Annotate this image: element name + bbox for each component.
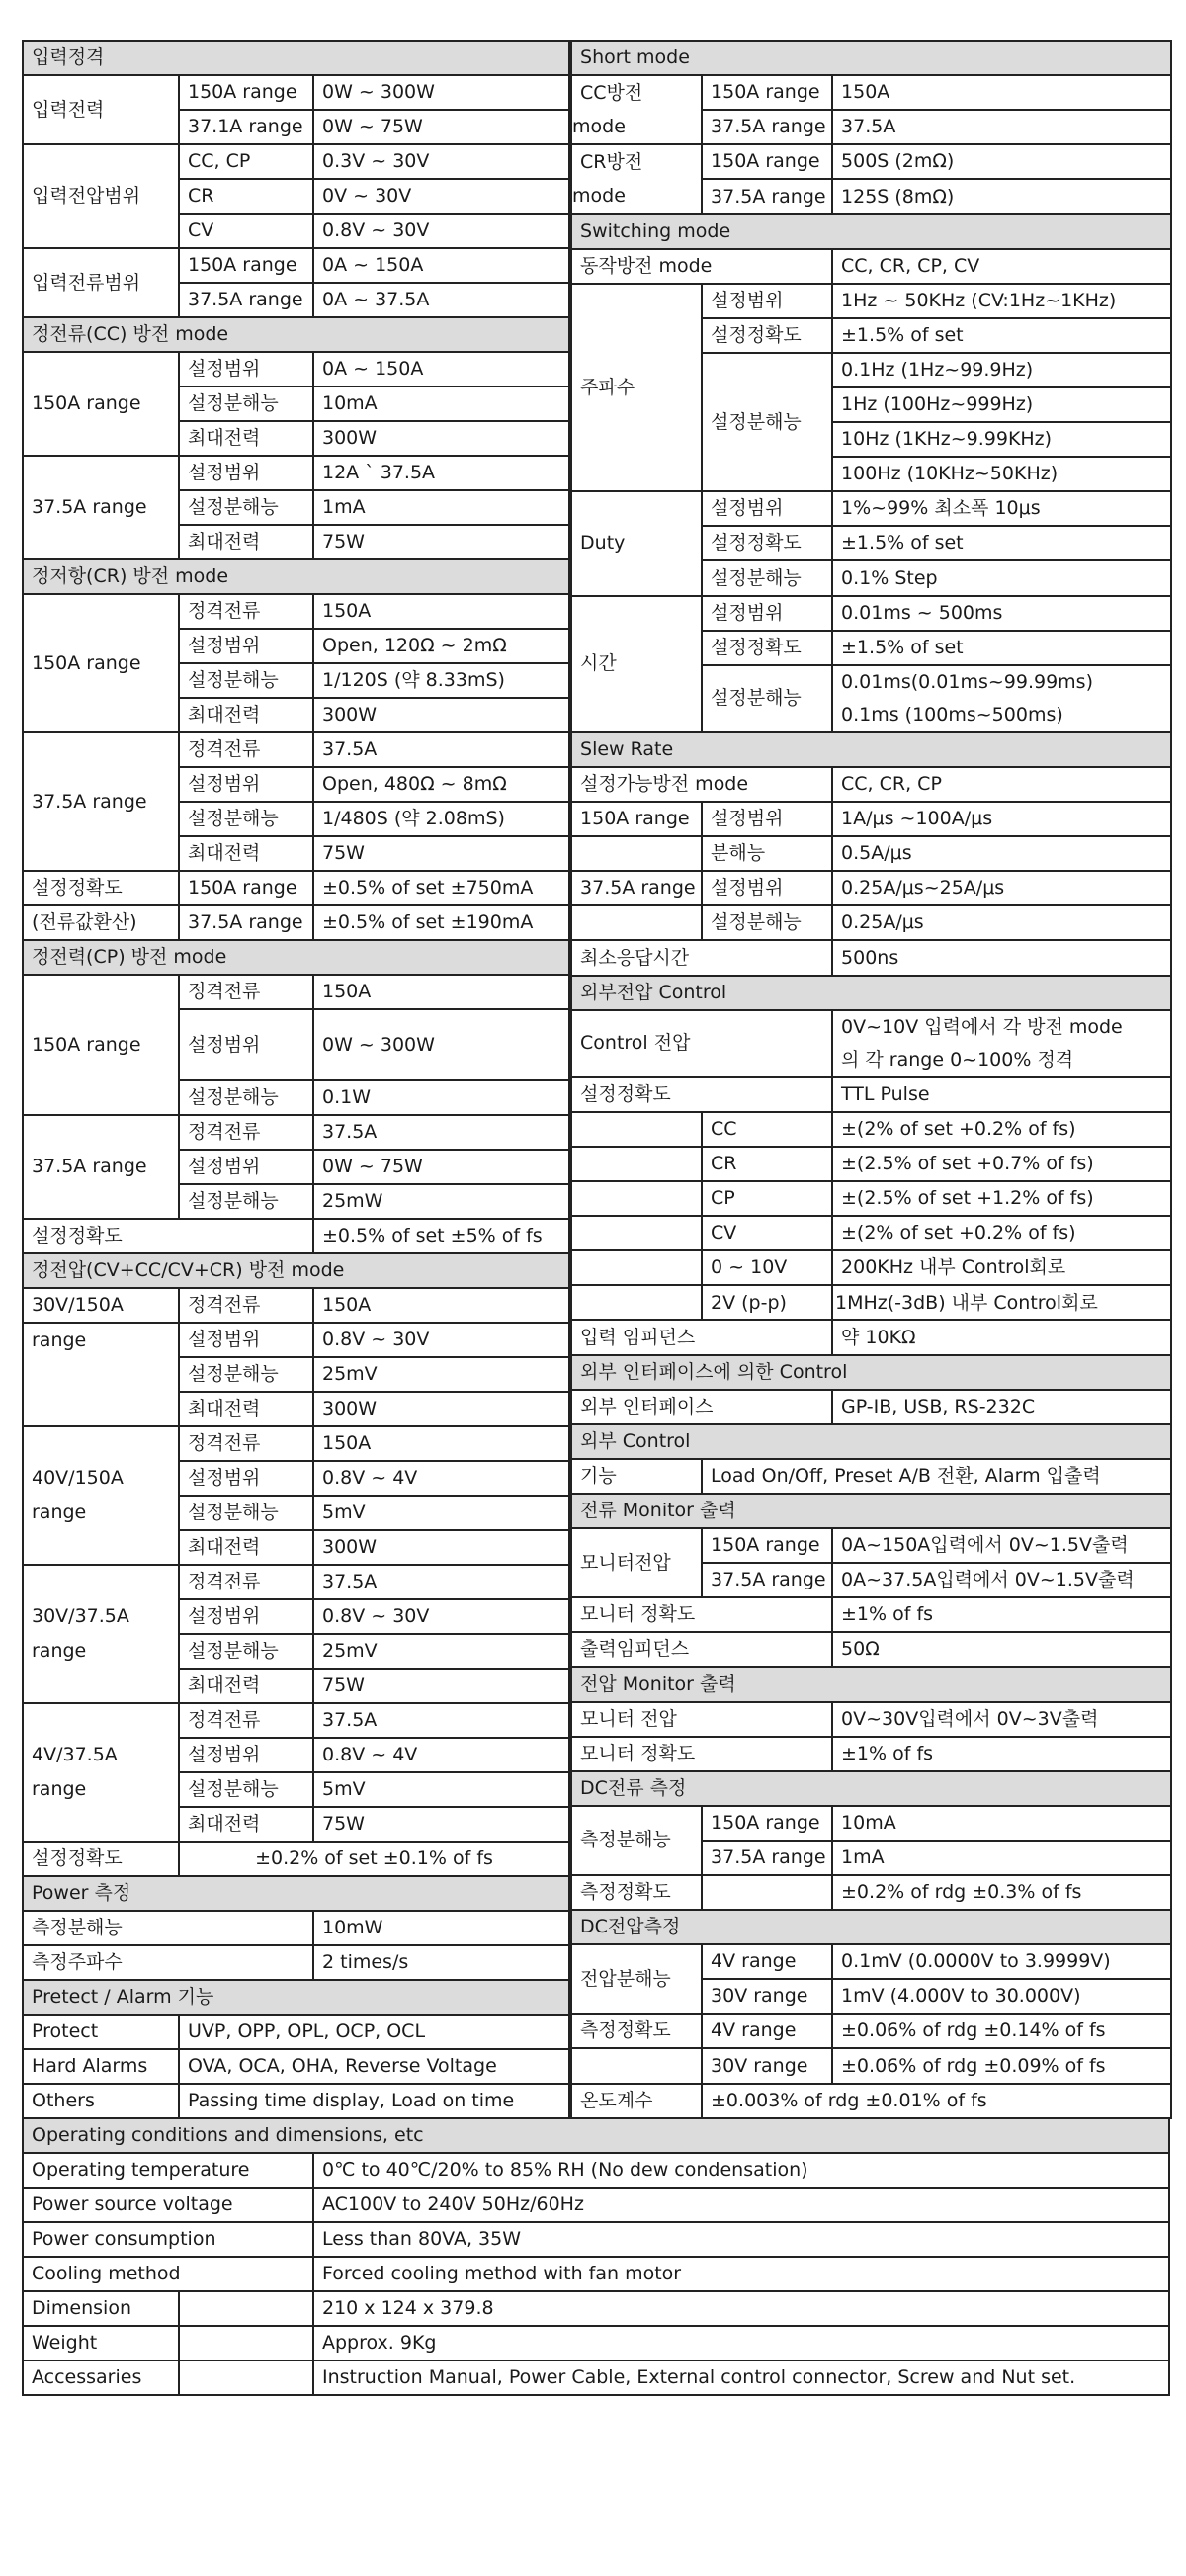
spec-value: 2 times/s [313,1945,569,1980]
cp-37a-label: 37.5A range [23,1115,179,1219]
spec-value: 50Ω [832,1632,1171,1667]
range-label: 150A range [702,144,832,179]
spec-value: 37.5A [832,110,1171,144]
spec-value: 12A ` 37.5A [313,456,569,490]
spec-table-left: 입력정격 입력전력150A range0W ~ 300W 37.1A range… [22,40,570,2119]
param-label: CC [702,1112,832,1147]
spec-value: 25mW [313,1184,569,1219]
param-label: 측정분해능 [571,1806,702,1875]
spec-value: ±0.2% of rdg ±0.3% of fs [832,1875,1171,1910]
param-label: 정격전류 [179,1565,313,1599]
freq-label: 주파수 [571,284,702,492]
cv-group-label-line1: 40V/150A [23,1461,179,1496]
section-header-switching: Switching mode [571,214,1171,248]
empty-cell [571,1285,702,1320]
spec-value: 0.3V ~ 30V [313,144,569,179]
spec-value: 0W ~ 300W [313,1009,569,1080]
spec-value: Approx. 9Kg [313,2326,1169,2361]
spec-value: AC100V to 240V 50Hz/60Hz [313,2188,1169,2222]
spec-value: 0.1Hz (1Hz~99.9Hz) [832,353,1171,387]
spec-value: Less than 80VA, 35W [313,2222,1169,2257]
spec-value: 0.1ms (100ms~500ms) [832,699,1171,732]
param-label: CV [702,1216,832,1250]
range-label: 37.5A range [179,905,313,940]
input-power-label: 입력전력 [23,75,179,144]
spec-value: 1%~99% 최소폭 10μs [832,491,1171,526]
param-label: 온도계수 [571,2084,702,2118]
param-label: 설정분해능 [179,1496,313,1530]
spec-value: 1A/μs ~100A/μs [832,802,1171,836]
spec-value: 10mA [313,386,569,421]
cv-group-label-spacer [23,1703,179,1738]
param-label: 정격전류 [179,1115,313,1150]
spec-value: 150A [313,1288,569,1323]
range-label: 4V range [702,2014,832,2048]
param-label: Operating temperature [23,2153,313,2188]
param-label: Power consumption [23,2222,313,2257]
spec-value: 37.5A [313,1565,569,1599]
spec-value: 약 10KΩ [832,1320,1171,1354]
param-label: 설정분해능 [702,905,832,940]
param-label: Others [23,2084,179,2118]
section-header-ext-voltage-control: 외부전압 Control [571,976,1171,1010]
spec-value: 1/480S (약 2.08mS) [313,802,569,836]
param-label: 측정정확도 [571,1875,702,1910]
range-label: 4V range [702,1944,832,1979]
range-label: 150A range [179,75,313,110]
spec-value: 1/120S (약 8.33mS) [313,663,569,698]
param-label: 설정범위 [702,802,832,836]
param-label: 입력 임피던스 [571,1320,832,1354]
param-label: 설정분해능 [179,1080,313,1115]
section-header-short-mode: Short mode [571,41,1171,75]
spec-value: Open, 480Ω ~ 8mΩ [313,767,569,802]
spec-value: 5mV [313,1496,569,1530]
spec-value: 0.8V ~ 30V [313,214,569,248]
range-label: 37.1A range [179,110,313,144]
spec-value: ±(2% of set +0.2% of fs) [832,1112,1171,1147]
param-label: 설정정확도 [571,1077,832,1112]
spec-value: 0.1W [313,1080,569,1115]
cr-accuracy-label-line2: (전류값환산) [23,905,179,940]
spec-value: 300W [313,1392,569,1426]
spec-value: 0A ~ 150A [313,248,569,283]
range-label: 37.5A range [702,1563,832,1597]
cp-150a-label: 150A range [23,975,179,1115]
param-label: Hard Alarms [23,2049,179,2084]
param-label: Protect [23,2015,179,2049]
param-label: 설정범위 [702,491,832,526]
duty-label: Duty [571,491,702,595]
param-label: 최소응답시간 [571,940,832,975]
spec-value: 37.5A [313,1115,569,1150]
param-label: Accessaries [23,2361,179,2395]
section-header-operating-conditions: Operating conditions and dimensions, etc [23,2118,1169,2153]
spec-value: 0.8V ~ 30V [313,1599,569,1634]
spec-value: Forced cooling method with fan motor [313,2257,1169,2291]
param-label: 설정범위 [702,596,832,631]
cv-group-label-line2: range [23,1634,179,1669]
cv-accuracy-label: 설정정확도 [23,1842,179,1876]
spec-value: 5mV [313,1772,569,1807]
spec-value: ±(2.5% of set +1.2% of fs) [832,1181,1171,1216]
param-label: 설정분해능 [702,353,832,491]
spec-value: 300W [313,421,569,456]
param-label: 정격전류 [179,594,313,629]
param-label: 설정범위 [179,1009,313,1080]
param-label: 측정주파수 [23,1945,313,1980]
spec-value: 210 x 124 x 379.8 [313,2291,1169,2326]
short-cr-label-line1: CR방전 [571,144,702,179]
param-label: 설정분해능 [179,1357,313,1392]
param-label: 설정범위 [179,1150,313,1184]
spec-value: 1Hz (100Hz~999Hz) [832,387,1171,422]
param-label: 설정범위 [702,871,832,905]
cv-group-label-spacer [23,1530,179,1565]
spec-value: 0V ~ 30V [313,179,569,214]
spec-value: ±0.003% of rdg ±0.01% of fs [702,2084,1171,2118]
section-header-input-rating: 입력정격 [23,41,569,75]
spec-value: 75W [313,836,569,871]
empty-cell [179,2291,313,2326]
cv-group-label-spacer [23,1357,179,1426]
param-label: 최대전력 [179,1807,313,1842]
spec-sheet: 입력정격 입력전력150A range0W ~ 300W 37.1A range… [22,40,1168,2396]
param-label: Cooling method [23,2257,313,2291]
range-label: CV [179,214,313,248]
param-label: 설정정확도 [702,318,832,353]
section-header-current-monitor: 전류 Monitor 출력 [571,1494,1171,1528]
range-label: 37.5A range [571,871,702,905]
param-label: 출력임피던스 [571,1632,832,1667]
spec-value: 0W ~ 75W [313,1150,569,1184]
cv-group-label-spacer [23,1807,179,1842]
spec-value: CC, CR, CP [832,767,1171,802]
range-label: 150A range [702,75,832,110]
spec-value: ±1% of fs [832,1597,1171,1632]
param-label: 설정범위 [179,1738,313,1772]
short-cr-label-line2: mode [571,179,702,214]
short-cc-label-line1: CC방전 [571,75,702,110]
spec-value: 0.25A/μs~25A/μs [832,871,1171,905]
spec-value: 500S (2mΩ) [832,144,1171,179]
spec-value: 0A ~ 150A [313,352,569,386]
param-label: 모니터 정확도 [571,1737,832,1771]
range-label: 150A range [179,248,313,283]
spec-value: 150A [832,75,1171,110]
param-label: 설정분해능 [702,560,832,595]
spec-value: 10mA [832,1806,1171,1841]
cv-group-label-line2: range [23,1496,179,1530]
range-label: 150A range [702,1528,832,1563]
spec-value: 150A [313,1426,569,1461]
spec-value: 0.25A/μs [832,905,1171,940]
param-label: 정격전류 [179,975,313,1009]
spec-value: 150A [313,975,569,1009]
spec-value: 75W [313,525,569,559]
spec-table-right: Short mode CC방전150A range150A mode37.5A … [570,40,1172,2119]
section-header-cc-mode: 정전류(CC) 방전 mode [23,317,569,352]
range-label: CR [179,179,313,214]
param-label: 설정분해능 [179,1184,313,1219]
range-label [571,836,702,871]
param-label: 설정정확도 [702,631,832,665]
param-label: 최대전력 [179,525,313,559]
range-label: 37.5A range [702,1841,832,1875]
spec-value: ±0.5% of set ±5% of fs [313,1219,569,1253]
spec-value: ±(2.5% of set +0.7% of fs) [832,1147,1171,1181]
param-label: 최대전력 [179,421,313,456]
spec-value: CC, CR, CP, CV [832,249,1171,284]
spec-value: 0.5A/μs [832,836,1171,871]
cv-group-label-line1: 30V/150A [23,1288,179,1323]
section-header-cr-mode: 정저항(CR) 방전 mode [23,559,569,594]
range-label: 30V range [702,2048,832,2083]
param-label: 설정분해능 [179,663,313,698]
param-label: 설정범위 [179,1599,313,1634]
input-current-label: 입력전류범위 [23,248,179,317]
cv-group-label-line2: range [23,1772,179,1807]
param-label: 설정범위 [702,284,832,318]
empty-cell [702,1875,832,1910]
spec-value: 10mW [313,1911,569,1945]
param-label: CR [702,1147,832,1181]
spec-value: 0.1% Step [832,560,1171,595]
param-label: 전압분해능 [571,1944,702,2014]
spec-value: 0.8V ~ 4V [313,1461,569,1496]
range-label: 150A range [702,1806,832,1841]
empty-cell [571,1250,702,1285]
spec-value: ±0.5% of set ±190mA [313,905,569,940]
param-label: 설정분해능 [179,386,313,421]
spec-value: ±1.5% of set [832,318,1171,353]
cp-accuracy-label: 설정정확도 [23,1219,313,1253]
spec-value: UVP, OPP, OPL, OCP, OCL [179,2015,569,2049]
spec-value: 37.5A [313,1703,569,1738]
spec-value: 25mV [313,1357,569,1392]
param-label: 설정분해능 [702,665,832,732]
cr-accuracy-label-line1: 설정정확도 [23,871,179,905]
param-label: Control 전압 [571,1010,832,1077]
section-header-slew-rate: Slew Rate [571,732,1171,767]
spec-value: 0.8V ~ 4V [313,1738,569,1772]
param-label: 설정범위 [179,352,313,386]
spec-value: Open, 120Ω ~ 2mΩ [313,629,569,663]
input-voltage-label: 입력전압범위 [23,144,179,248]
range-label: 150A range [179,871,313,905]
param-label: 설정범위 [179,1323,313,1357]
param-label: 0 ~ 10V [702,1250,832,1285]
spec-value: Instruction Manual, Power Cable, Externa… [313,2361,1169,2395]
spec-value: GP-IB, USB, RS-232C [832,1390,1171,1424]
spec-value: 300W [313,1530,569,1565]
spec-value: 1mV (4.000V to 30.000V) [832,1979,1171,2014]
cv-group-label-spacer [23,1565,179,1599]
cv-group-label-line2: range [23,1323,179,1357]
param-label: 최대전력 [179,698,313,732]
spec-value: 0A~37.5A입력에서 0V~1.5V출력 [832,1563,1171,1597]
param-label: 설정분해능 [179,802,313,836]
spec-value: 75W [313,1807,569,1842]
param-label: 정격전류 [179,732,313,767]
cr-150a-label: 150A range [23,594,179,732]
param-label: 설정범위 [179,1461,313,1496]
section-header-cv-mode: 정전압(CV+CC/CV+CR) 방전 mode [23,1253,569,1288]
spec-value: 125S (8mΩ) [832,179,1171,214]
cc-150a-label: 150A range [23,352,179,456]
spec-value: 37.5A [313,732,569,767]
empty-cell [571,1112,702,1147]
param-label: Dimension [23,2291,179,2326]
range-label: 150A range [571,802,702,836]
spec-value: 10Hz (1KHz~9.99KHz) [832,422,1171,457]
empty-cell [571,1216,702,1250]
empty-cell [179,2361,313,2395]
spec-value: 300W [313,698,569,732]
param-label: 측정분해능 [23,1911,313,1945]
spec-value: 150A [313,594,569,629]
empty-cell [179,2326,313,2361]
spec-value: ±1% of fs [832,1737,1171,1771]
spec-value: 0.8V ~ 30V [313,1323,569,1357]
param-label: 외부 인터페이스 [571,1390,832,1424]
range-label [571,905,702,940]
spec-value: 0A~150A입력에서 0V~1.5V출력 [832,1528,1171,1563]
spec-value: Load On/Off, Preset A/B 전환, Alarm 입출력 [702,1459,1171,1494]
spec-value: 0W ~ 300W [313,75,569,110]
spec-value: ±1.5% of set [832,631,1171,665]
cv-group-label-line1: 30V/37.5A [23,1599,179,1634]
empty-cell [571,1147,702,1181]
spec-value: 200KHz 내부 Control회로 [832,1250,1171,1285]
param-label: 분해능 [702,836,832,871]
range-label: 30V range [702,1979,832,2014]
section-header-dc-voltage: DC전압측정 [571,1910,1171,1944]
spec-value: 1mA [313,490,569,525]
spec-value: 1mA [832,1841,1171,1875]
section-header-cp-mode: 정전력(CP) 방전 mode [23,940,569,975]
spec-value: ±0.5% of set ±750mA [313,871,569,905]
param-label: 측정정확도 [571,2014,702,2048]
param-label: 모니터 전압 [571,1702,832,1737]
cv-group-label-spacer [23,1426,179,1461]
spec-value: 1Hz ~ 50KHz (CV:1Hz~1KHz) [832,284,1171,318]
spec-value: 25mV [313,1634,569,1669]
param-label: CP [702,1181,832,1216]
param-label: 정격전류 [179,1288,313,1323]
spec-value: TTL Pulse [832,1077,1171,1112]
section-header-ext-control: 외부 Control [571,1424,1171,1459]
spec-value: ±0.06% of rdg ±0.09% of fs [832,2048,1171,2083]
spec-value: ±0.2% of set ±0.1% of fs [179,1842,569,1876]
param-label: 설정범위 [179,629,313,663]
short-cc-label-line2: mode [571,110,702,144]
param-label: 최대전력 [179,1530,313,1565]
section-header-power-measure: Power 측정 [23,1876,569,1911]
spec-value: 0℃ to 40℃/20% to 85% RH (No dew condensa… [313,2153,1169,2188]
param-label: 설정범위 [179,456,313,490]
spec-value: 의 각 range 0~100% 정격 [832,1044,1171,1077]
empty-cell [571,2048,702,2083]
param-label: 설정분해능 [179,1634,313,1669]
section-header-ext-interface: 외부 인터페이스에 의한 Control [571,1355,1171,1390]
range-label: 37.5A range [179,283,313,317]
spec-value: ±1.5% of set [832,526,1171,560]
time-label: 시간 [571,596,702,732]
spec-value: ±(2% of set +0.2% of fs) [832,1216,1171,1250]
spec-value: 100Hz (10KHz~50KHz) [832,457,1171,491]
param-label: Weight [23,2326,179,2361]
spec-value: 500ns [832,940,1171,975]
cr-37a-label: 37.5A range [23,732,179,871]
cc-37a-label: 37.5A range [23,456,179,559]
param-label: 정격전류 [179,1426,313,1461]
param-label: 기능 [571,1459,702,1494]
param-label: 설정분해능 [179,490,313,525]
spec-value: ±0.06% of rdg ±0.14% of fs [832,2014,1171,2048]
spec-value: 75W [313,1669,569,1703]
spec-table-bottom: Operating conditions and dimensions, etc… [22,2117,1170,2396]
spec-value: 0.01ms(0.01ms~99.99ms) [832,665,1171,699]
section-header-protect-alarm: Pretect / Alarm 기능 [23,1980,569,2015]
param-label: 설정정확도 [702,526,832,560]
param-label: 모니터 정확도 [571,1597,832,1632]
range-label: 37.5A range [702,110,832,144]
spec-value: 0V~30V입력에서 0V~3V출력 [832,1702,1171,1737]
spec-value: 0.01ms ~ 500ms [832,596,1171,631]
empty-cell [571,1181,702,1216]
spec-value: 0V~10V 입력에서 각 방전 mode [832,1010,1171,1044]
param-label: 최대전력 [179,836,313,871]
param-label: Power source voltage [23,2188,313,2222]
param-label: 설정분해능 [179,1772,313,1807]
spec-value: OVA, OCA, OHA, Reverse Voltage [179,2049,569,2084]
param-label: 정격전류 [179,1703,313,1738]
range-label: CC, CP [179,144,313,179]
param-label: 설정가능방전 mode [571,767,832,802]
param-label: 설정범위 [179,767,313,802]
spec-value: 1MHz(-3dB) 내부 Control회로 [832,1285,1171,1320]
spec-value: 0A ~ 37.5A [313,283,569,317]
cv-group-label-line1: 4V/37.5A [23,1738,179,1772]
param-label: 최대전력 [179,1669,313,1703]
spec-value: 0.1mV (0.0000V to 3.9999V) [832,1944,1171,1979]
spec-value: 0W ~ 75W [313,110,569,144]
range-label: 37.5A range [702,179,832,214]
cv-group-label-spacer [23,1669,179,1703]
section-header-dc-current: DC전류 측정 [571,1771,1171,1806]
param-label: 최대전력 [179,1392,313,1426]
section-header-voltage-monitor: 전압 Monitor 출력 [571,1667,1171,1701]
param-label: 동작방전 mode [571,249,832,284]
spec-value: Passing time display, Load on time [179,2084,569,2118]
param-label: 2V (p-p) [702,1285,832,1320]
param-label: 모니터전압 [571,1528,702,1597]
